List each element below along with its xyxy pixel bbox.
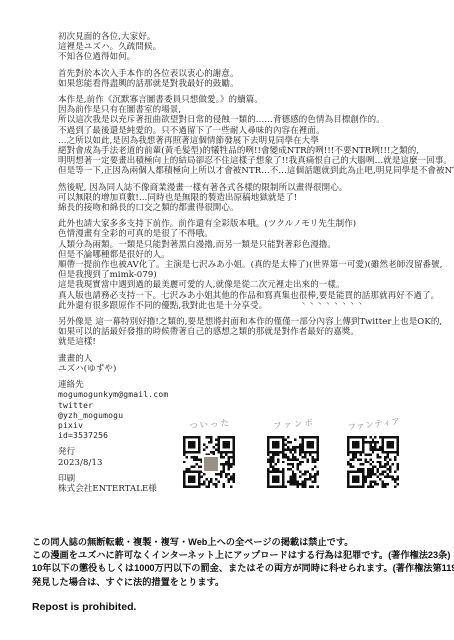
afterword-line: 但是我搜到了mimk-079): [58, 270, 450, 280]
afterword-line: 另外像是 這一幕特別好擼!之類的,要是想將封面和本作的僅僅一部分內容上傳到Twi…: [58, 317, 450, 327]
qr-label-fantia: ファンティア: [346, 415, 401, 433]
warning-line: この漫画をユズハに許可なくインターネット上にアップロードはする行為は犯罪です。(…: [32, 549, 450, 562]
afterword-line: 色情漫畫有全彩的可真的是很了不得哦。: [58, 229, 450, 239]
afterword-line: 初次見面的各位,大家好。: [58, 32, 450, 42]
afterword-line: 如果可以的話最好發推的時候帶著自己的感想之類的那就是對作者最好的嘉獎。: [58, 327, 450, 337]
afterword-line: 順帶一提前作也被AV化了。主演是七沢みあ小姐。(真的是太棒了)(世界第一可愛)(…: [58, 260, 450, 270]
repost-prohibited-text: Repost is prohibited.: [32, 601, 450, 614]
afterword-line: 此外也請大家多多支持下前作。前作還有全彩版本哦。(ツクルノモリ先生制作): [58, 219, 450, 229]
twitter-qr-code-icon: [183, 436, 235, 488]
twitter-label: twitter: [58, 401, 450, 411]
artist-label: 畫畫的人: [58, 354, 450, 364]
warning-line: 発見した場合は、すぐに法的措置をとります。: [32, 576, 450, 589]
contact-label: 連絡先: [58, 380, 450, 390]
fanbox-qr-code-icon: [267, 436, 319, 488]
warning-line: この同人誌の無断転載・複製・複写・Web上への全ページの掲載は禁止です。: [32, 536, 450, 549]
warning-line: 10年以下の懲役もしくは1000万円以下の罰金、またはその両方が同時に科せられま…: [32, 562, 450, 575]
emphasis-dots: 丶丶丶丶丶丶丶丶: [300, 299, 365, 308]
qr-code-section: ついった ファンボ ファンティア: [183, 418, 423, 513]
afterword-line: 如果您能看得盡興的話那就是對我最好的鼓勵。: [58, 79, 450, 89]
afterword-line: …之所以如此,是因為我想著再照著這個情節發展下去明見同學在大學: [58, 136, 450, 146]
afterword-line: 人類分為兩類。一類是只能對著黑白漫擼,而另一類是只能對著彩色漫擼。: [58, 240, 450, 250]
afterword-line: 本作是,前作《沉默寡言圖書委員只想做愛。》的續篇。: [58, 95, 450, 105]
afterword-line: 不過到了最後還是純愛的。只不過留下了一些耐人尋味的內容在裡面。: [58, 126, 450, 136]
afterword-paragraph: 然後呢, 因為同人誌不像商業漫畫一樣有著各式各樣的限制所以畫得很開心。 可以無限…: [58, 183, 450, 214]
qr-label-twitter: ついった: [183, 416, 238, 433]
afterword-line: 真人版也請務必支持一下。七沢みあ小姐其他的作品和寫真集也很棒,要是能買的話那就再…: [58, 291, 450, 301]
qr-label-fanbox: ファンボ: [267, 416, 322, 433]
afterword-line: 綿長的接吻和綿長的口交之類的都畫得很開心。: [58, 203, 450, 213]
afterword-line: 就是這樣!: [58, 337, 450, 347]
afterword-line: 可以無限的增加頁數!…同時也是無限的製造出原稿地獄就是了!: [58, 193, 450, 203]
qr-block-fanbox: ファンボ: [267, 418, 321, 488]
afterword-line: 然後呢, 因為同人誌不像商業漫畫一樣有著各式各樣的限制所以畫得很開心。: [58, 183, 450, 193]
contact-email: mogumogunkym@gmail.com: [58, 390, 450, 400]
afterword-paragraph: 此外也請大家多多支持下前作。前作還有全彩版本哦。(ツクルノモリ先生制作) 色情漫…: [58, 219, 450, 311]
afterword-paragraph: 另外像是 這一幕特別好擼!之類的,要是想將封面和本作的僅僅一部分內容上傳到Twi…: [58, 317, 450, 348]
fantia-qr-code-icon: [347, 436, 399, 488]
afterword-line: 但是等一下,正因為兩個人都積極向上所以才會被NTR…不…這個話題就到此為止吧,明…: [58, 166, 450, 176]
qr-center-avatar: [202, 455, 220, 473]
artist-name: ユズハ(ゆずや): [58, 364, 450, 374]
afterword-line: 明明想著一定要畫出積極向上的結局卻忍不住這樣子想象了!!我真痛恨自己的大腦咧…就…: [58, 156, 450, 166]
afterword-paragraph: 首先對於本次入手本作的各位表以衷心的謝意。 如果您能看得盡興的話那就是對我最好的…: [58, 69, 450, 89]
qr-block-fantia: ファンティア: [347, 418, 401, 488]
afterword-line: 這裡是ユズハ。久疏問候。: [58, 42, 450, 52]
copyright-warning: この同人誌の無断転載・複製・複写・Web上への全ページの掲載は禁止です。 この漫…: [32, 536, 450, 614]
afterword-line: 但是不論哪種都是很好的人。: [58, 250, 450, 260]
afterword-line: 所以這次我是以充斥著扭曲欲望對日常的侵蝕一類的……背德感的色情為目標創作的。: [58, 115, 450, 125]
afterword-line: 此外還有很多跟原作不同的優點,我對此也是十分享受。: [58, 301, 450, 311]
qr-block-twitter: ついった: [183, 418, 237, 488]
afterword-line: 首先對於本次入手本作的各位表以衷心的謝意。: [58, 69, 450, 79]
afterword-paragraph: 初次見面的各位,大家好。 這裡是ユズハ。久疏問候。 不知各位過得如何。: [58, 32, 450, 63]
afterword-line: 這是我現實當中遇到過的最美麗可愛的人,就像是從二次元裡走出來的一樣。: [58, 280, 450, 290]
afterword-paragraph: 本作是,前作《沉默寡言圖書委員只想做愛。》的續篇。 因為前作是只有在圖書室的場景…: [58, 95, 450, 177]
doujinshi-afterword-page: 初次見面的各位,大家好。 這裡是ユズハ。久疏問候。 不知各位過得如何。 首先對於…: [0, 0, 454, 640]
afterword-line: 因為前作是只有在圖書室的場景,: [58, 105, 450, 115]
afterword-line: 不知各位過得如何。: [58, 52, 450, 62]
afterword-line: 絕對會成為手法老道的前輩(黃毛髮型)的犧牲品的咧!!會變成NTR的咧!!!不要N…: [58, 146, 450, 156]
artist-credit: 畫畫的人 ユズハ(ゆずや): [58, 354, 450, 374]
